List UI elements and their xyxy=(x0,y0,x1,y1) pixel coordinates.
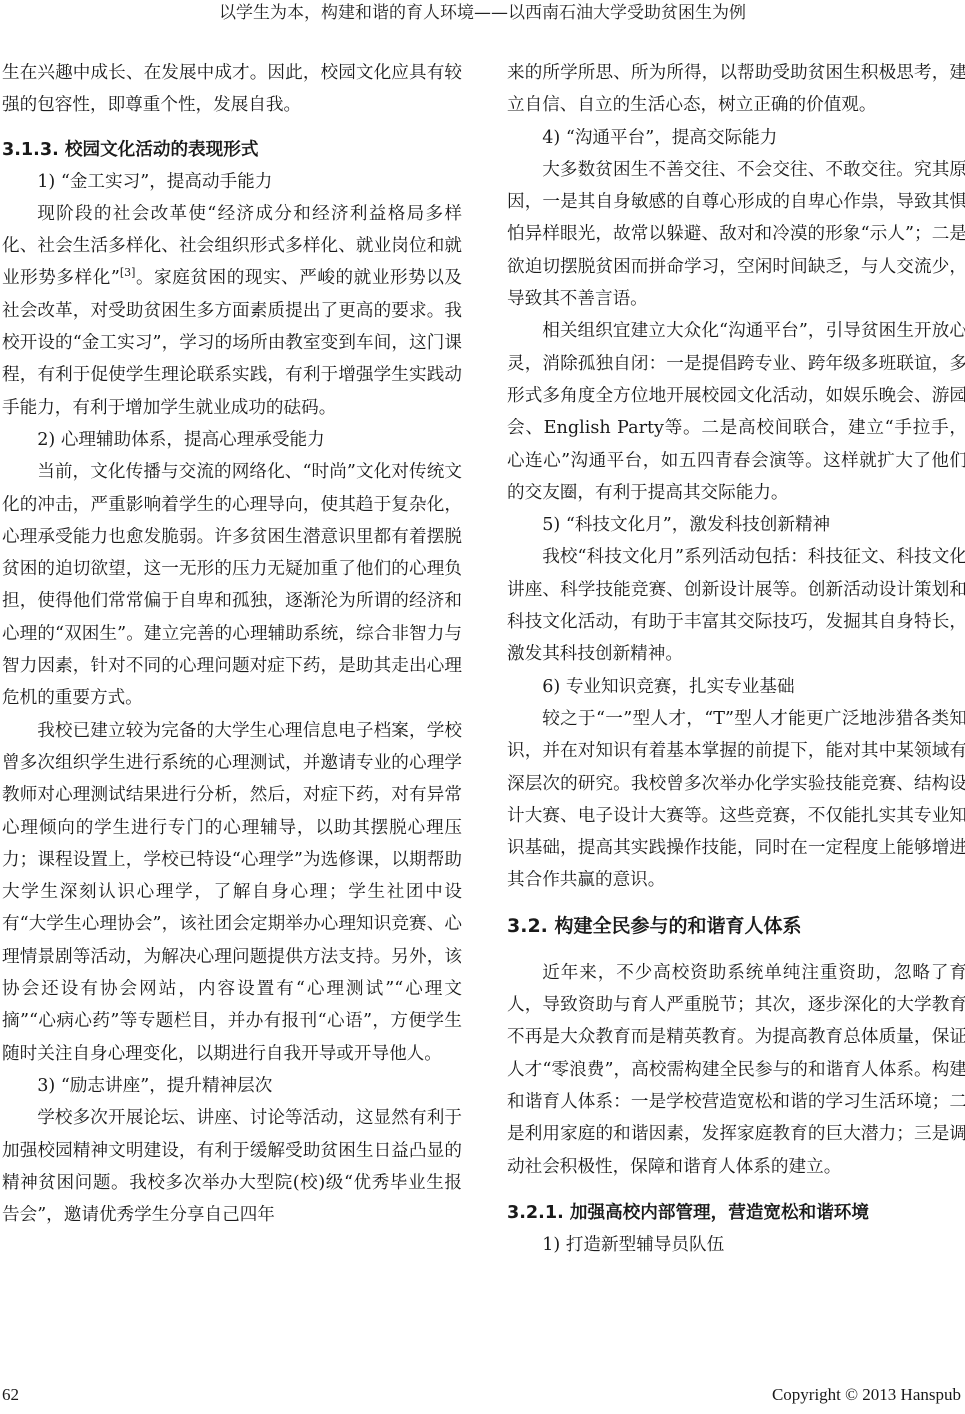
left-column: 生在兴趣中成长、在发展中成才。因此，校园文化应具有较强的包容性，即尊重个性，发展… xyxy=(2,57,462,1231)
paragraph: 生在兴趣中成长、在发展中成才。因此，校园文化应具有较强的包容性，即尊重个性，发展… xyxy=(2,57,462,122)
list-item-heading: 3) “励志讲座”，提升精神层次 xyxy=(2,1070,462,1102)
right-column: 来的所学所思、所为所得，以帮助受助贫困生积极思考，建立自信、自立的生活心态，树立… xyxy=(507,57,965,1261)
paragraph: 当前，文化传播与交流的网络化、“时尚”文化对传统文化的冲击，严重影响着学生的心理… xyxy=(2,456,462,714)
list-item-heading: 1) 打造新型辅导员队伍 xyxy=(507,1229,965,1261)
paragraph: 我校已建立较为完备的大学生心理信息电子档案，学校曾多次组织学生进行系统的心理测试… xyxy=(2,715,462,1070)
list-item-heading: 5) “科技文化月”，激发科技创新精神 xyxy=(507,509,965,541)
paragraph: 现阶段的社会改革使“经济成分和经济利益格局多样化、社会生活多样化、社会组织形式多… xyxy=(2,198,462,424)
copyright-notice: Copyright © 2013 Hanspub xyxy=(772,1385,961,1405)
paragraph: 较之于“一”型人才，“T”型人才能更广泛地涉猎各类知识，并在对知识有着基本掌握的… xyxy=(507,703,965,897)
paragraph: 大多数贫困生不善交往、不会交往、不敢交往。究其原因，一是其自身敏感的自尊心形成的… xyxy=(507,154,965,315)
page-number: 62 xyxy=(2,1385,19,1405)
paragraph: 我校“科技文化月”系列活动包括：科技征文、科技文化讲座、科学技能竞赛、创新设计展… xyxy=(507,541,965,670)
list-item-heading: 1) “金工实习”，提高动手能力 xyxy=(2,166,462,198)
list-item-heading: 6) 专业知识竞赛，扎实专业基础 xyxy=(507,671,965,703)
running-header: 以学生为本，构建和谐的育人环境——以西南石油大学受助贫困生为例 xyxy=(0,2,965,24)
paragraph: 来的所学所思、所为所得，以帮助受助贫困生积极思考，建立自信、自立的生活心态，树立… xyxy=(507,57,965,122)
paragraph-text: 。家庭贫困的现实、严峻的就业形势以及社会改革，对受助贫困生多方面素质提出了更高的… xyxy=(2,268,462,417)
paragraph: 近年来，不少高校资助系统单纯注重资助，忽略了育人，导致资助与育人严重脱节；其次，… xyxy=(507,957,965,1183)
list-item-heading: 4) “沟通平台”，提高交际能力 xyxy=(507,122,965,154)
section-heading-3-2: 3.2. 构建全民参与的和谐育人体系 xyxy=(507,909,965,943)
section-heading-3-2-1: 3.2.1. 加强高校内部管理，营造宽松和谐环境 xyxy=(507,1197,965,1229)
paragraph: 相关组织宜建立大众化“沟通平台”，引导贫困生开放心灵，消除孤独自闭：一是提倡跨专… xyxy=(507,315,965,509)
section-heading-3-1-3: 3.1.3. 校园文化活动的表现形式 xyxy=(2,134,462,166)
list-item-heading: 2) 心理辅助体系，提高心理承受能力 xyxy=(2,424,462,456)
paragraph: 学校多次开展论坛、讲座、讨论等活动，这显然有利于加强校园精神文明建设，有利于缓解… xyxy=(2,1102,462,1231)
citation-ref[interactable]: [3] xyxy=(120,267,136,280)
